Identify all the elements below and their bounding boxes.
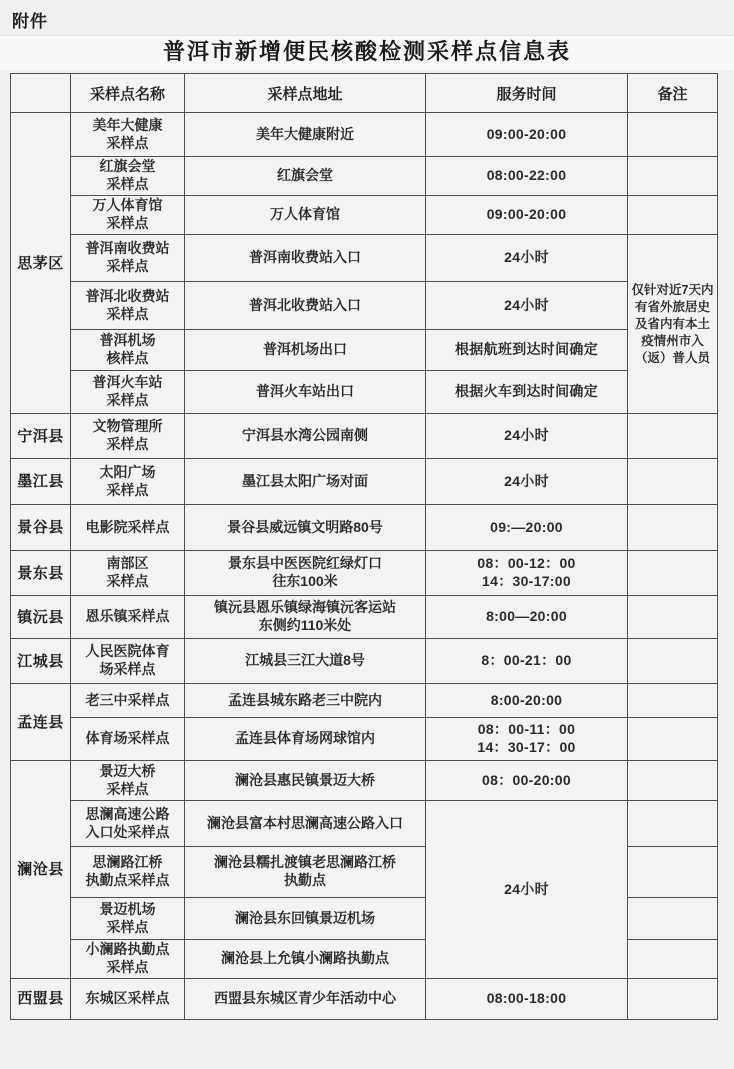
cell-remark-empty [628, 459, 718, 505]
cell-address: 澜沧县上允镇小澜路执勤点 [185, 940, 426, 979]
cell-hours-shared: 24小时 [426, 801, 628, 979]
cell-address: 江城县三江大道8号 [185, 639, 426, 684]
district-cell-menglian: 孟连县 [11, 684, 71, 761]
district-cell-lancang: 澜沧县 [11, 761, 71, 979]
cell-remark-empty [628, 979, 718, 1020]
cell-remark-empty [628, 684, 718, 718]
cell-address: 美年大健康附近 [185, 113, 426, 157]
cell-hours: 8:00-20:00 [426, 684, 628, 718]
cell-hours: 24小时 [426, 459, 628, 505]
table-row: 普洱南收费站 采样点 普洱南收费站入口 24小时 仅针对近7天内有省外旅居史及省… [11, 235, 718, 282]
cell-address: 红旗会堂 [185, 157, 426, 196]
cell-hours: 09:00-20:00 [426, 196, 628, 235]
cell-hours: 根据航班到达时间确定 [426, 330, 628, 371]
table-row: 墨江县 太阳广场 采样点 墨江县太阳广场对面 24小时 [11, 459, 718, 505]
cell-hours: 08:00-18:00 [426, 979, 628, 1020]
district-cell-zhenyuan: 镇沅县 [11, 596, 71, 639]
cell-address: 澜沧县富本村思澜高速公路入口 [185, 801, 426, 847]
cell-hours: 08：00-12：00 14：30-17:00 [426, 551, 628, 596]
header-address: 采样点地址 [185, 74, 426, 113]
cell-remark-empty [628, 898, 718, 940]
cell-site-name: 电影院采样点 [71, 505, 185, 551]
cell-address: 孟连县体育场网球馆内 [185, 718, 426, 761]
cell-hours: 24小时 [426, 235, 628, 282]
district-cell-jingdong: 景东县 [11, 551, 71, 596]
cell-site-name: 太阳广场 采样点 [71, 459, 185, 505]
title-band: 普洱市新增便民核酸检测采样点信息表 [0, 35, 734, 70]
cell-site-name: 景迈大桥 采样点 [71, 761, 185, 801]
cell-hours: 08:00-22:00 [426, 157, 628, 196]
cell-site-name: 万人体育馆 采样点 [71, 196, 185, 235]
cell-address: 景谷县威远镇文明路80号 [185, 505, 426, 551]
cell-remark-empty [628, 639, 718, 684]
sampling-points-table: 采样点名称 采样点地址 服务时间 备注 思茅区 美年大健康 采样点 美年大健康附… [10, 73, 718, 1020]
cell-site-name: 体育场采样点 [71, 718, 185, 761]
table-row: 体育场采样点 孟连县体育场网球馆内 08：00-11：00 14：30-17：0… [11, 718, 718, 761]
corner-cell [11, 74, 71, 113]
cell-hours: 24小时 [426, 282, 628, 330]
cell-address: 墨江县太阳广场对面 [185, 459, 426, 505]
cell-address: 万人体育馆 [185, 196, 426, 235]
table-row: 景东县 南部区 采样点 景东县中医医院红绿灯口 往东100米 08：00-12：… [11, 551, 718, 596]
cell-hours: 09:00-20:00 [426, 113, 628, 157]
cell-hours: 08：00-11：00 14：30-17：00 [426, 718, 628, 761]
cell-address: 普洱北收费站入口 [185, 282, 426, 330]
cell-hours: 24小时 [426, 414, 628, 459]
cell-remark-empty [628, 196, 718, 235]
table-row: 澜沧县 景迈大桥 采样点 澜沧县惠民镇景迈大桥 08：00-20:00 [11, 761, 718, 801]
cell-hours: 根据火车到达时间确定 [426, 371, 628, 414]
cell-remark-empty [628, 551, 718, 596]
cell-address: 孟连县城东路老三中院内 [185, 684, 426, 718]
cell-hours: 09:—20:00 [426, 505, 628, 551]
table-row: 江城县 人民医院体育 场采样点 江城县三江大道8号 8：00-21：00 [11, 639, 718, 684]
header-hours: 服务时间 [426, 74, 628, 113]
table-row: 万人体育馆 采样点 万人体育馆 09:00-20:00 [11, 196, 718, 235]
cell-remark-empty [628, 157, 718, 196]
table-row: 普洱机场 核样点 普洱机场出口 根据航班到达时间确定 [11, 330, 718, 371]
cell-site-name: 景迈机场 采样点 [71, 898, 185, 940]
district-cell-ximeng: 西盟县 [11, 979, 71, 1020]
cell-remark-empty [628, 847, 718, 898]
cell-site-name: 人民医院体育 场采样点 [71, 639, 185, 684]
attachment-label: 附件 [0, 0, 734, 32]
table-row: 西盟县 东城区采样点 西盟县东城区青少年活动中心 08:00-18:00 [11, 979, 718, 1020]
cell-address: 宁洱县水湾公园南侧 [185, 414, 426, 459]
header-remark: 备注 [628, 74, 718, 113]
cell-site-name: 普洱北收费站 采样点 [71, 282, 185, 330]
cell-hours: 08：00-20:00 [426, 761, 628, 801]
table-row: 镇沅县 恩乐镇采样点 镇沅县恩乐镇绿海镇沅客运站 东侧约110米处 8:00—2… [11, 596, 718, 639]
table-header-row: 采样点名称 采样点地址 服务时间 备注 [11, 74, 718, 113]
cell-address: 景东县中医医院红绿灯口 往东100米 [185, 551, 426, 596]
cell-address: 普洱机场出口 [185, 330, 426, 371]
cell-address: 镇沅县恩乐镇绿海镇沅客运站 东侧约110米处 [185, 596, 426, 639]
cell-address: 澜沧县糯扎渡镇老思澜路江桥 执勤点 [185, 847, 426, 898]
district-cell-mojiang: 墨江县 [11, 459, 71, 505]
cell-site-name: 普洱火车站 采样点 [71, 371, 185, 414]
cell-site-name: 恩乐镇采样点 [71, 596, 185, 639]
district-cell-jiangcheng: 江城县 [11, 639, 71, 684]
cell-address: 普洱南收费站入口 [185, 235, 426, 282]
cell-site-name: 小澜路执勤点 采样点 [71, 940, 185, 979]
table-row: 普洱北收费站 采样点 普洱北收费站入口 24小时 [11, 282, 718, 330]
cell-site-name: 普洱机场 核样点 [71, 330, 185, 371]
cell-remark-empty [628, 940, 718, 979]
cell-site-name: 普洱南收费站 采样点 [71, 235, 185, 282]
cell-site-name: 红旗会堂 采样点 [71, 157, 185, 196]
cell-remark-empty [628, 596, 718, 639]
document-title: 普洱市新增便民核酸检测采样点信息表 [0, 39, 734, 65]
cell-address: 澜沧县惠民镇景迈大桥 [185, 761, 426, 801]
cell-site-name: 文物管理所 采样点 [71, 414, 185, 459]
district-cell-ninger: 宁洱县 [11, 414, 71, 459]
cell-address: 西盟县东城区青少年活动中心 [185, 979, 426, 1020]
cell-hours: 8：00-21：00 [426, 639, 628, 684]
cell-remark-empty [628, 414, 718, 459]
cell-site-name: 东城区采样点 [71, 979, 185, 1020]
cell-remark-empty [628, 505, 718, 551]
cell-remark-empty [628, 718, 718, 761]
cell-site-name: 思澜高速公路 入口处采样点 [71, 801, 185, 847]
district-cell-simao: 思茅区 [11, 113, 71, 414]
cell-address: 澜沧县东回镇景迈机场 [185, 898, 426, 940]
table-row: 孟连县 老三中采样点 孟连县城东路老三中院内 8:00-20:00 [11, 684, 718, 718]
district-cell-jinggu: 景谷县 [11, 505, 71, 551]
cell-address: 普洱火车站出口 [185, 371, 426, 414]
table-row: 景谷县 电影院采样点 景谷县威远镇文明路80号 09:—20:00 [11, 505, 718, 551]
cell-remark-empty [628, 113, 718, 157]
table-row: 宁洱县 文物管理所 采样点 宁洱县水湾公园南侧 24小时 [11, 414, 718, 459]
cell-remark-empty [628, 801, 718, 847]
cell-site-name: 思澜路江桥 执勤点采样点 [71, 847, 185, 898]
cell-remark-shared: 仅针对近7天内有省外旅居史及省内有本土疫情州市入（返）普人员 [628, 235, 718, 414]
cell-hours: 8:00—20:00 [426, 596, 628, 639]
table-row: 红旗会堂 采样点 红旗会堂 08:00-22:00 [11, 157, 718, 196]
table-row: 普洱火车站 采样点 普洱火车站出口 根据火车到达时间确定 [11, 371, 718, 414]
cell-remark-empty [628, 761, 718, 801]
table-row: 思澜高速公路 入口处采样点 澜沧县富本村思澜高速公路入口 24小时 [11, 801, 718, 847]
cell-site-name: 老三中采样点 [71, 684, 185, 718]
cell-site-name: 南部区 采样点 [71, 551, 185, 596]
cell-site-name: 美年大健康 采样点 [71, 113, 185, 157]
header-site-name: 采样点名称 [71, 74, 185, 113]
table-row: 思茅区 美年大健康 采样点 美年大健康附近 09:00-20:00 [11, 113, 718, 157]
